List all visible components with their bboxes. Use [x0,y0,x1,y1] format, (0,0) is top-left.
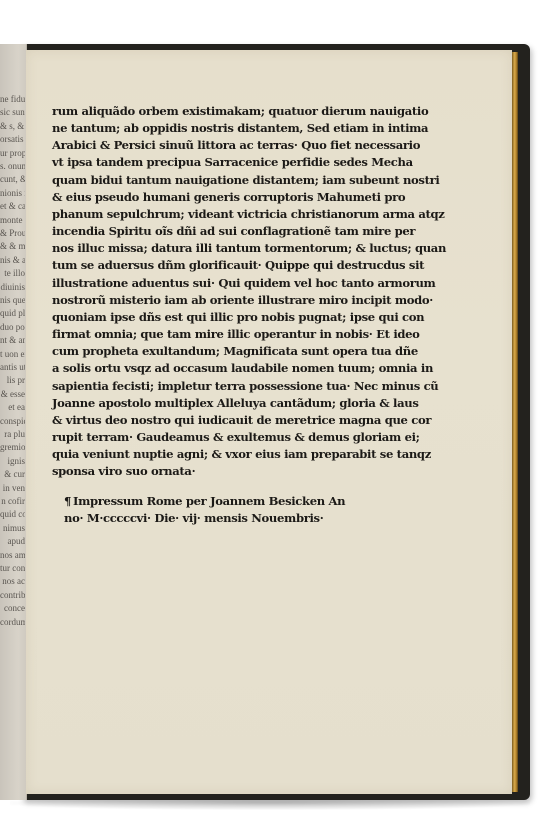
facing-page-text-fragment: ne fidum [0,94,25,105]
facing-page-text-fragment: & esse [0,389,25,400]
facing-page-text-fragment: nt & ani [0,335,25,346]
colophon: ¶Impressum Rome per Joannem Besicken An … [64,493,384,527]
colophon-line: no· M·cccccvi· Die· vij· mensis Nouembri… [64,510,384,527]
facing-page-text-fragment: contrib [0,590,25,601]
facing-page-text-fragment: tur con [0,563,25,574]
facing-page-text-fragment: s. onum [0,161,25,172]
facing-page-text-fragment: nis & ad [0,255,25,266]
facing-page-text-fragment: gremio [0,442,25,453]
facing-page-text-fragment: te illo [0,268,25,279]
facing-page-text-fragment: antis ut [0,362,25,373]
facing-page-text-fragment: nimus [0,523,25,534]
text-line: & eius pseudo humani generis corruptoris… [52,189,402,206]
facing-page-text-fragment: et ea [0,402,25,413]
colophon-text: Impressum Rome per Joannem Besicken An [73,494,345,508]
text-line: phanum sepulchrum; videant victricia chr… [52,206,402,223]
facing-page-text-fragment: in ven [0,483,25,494]
facing-page-text-fragment: diuinis [0,282,25,293]
facing-page-text-fragment: duo posit [0,322,25,333]
facing-page-text-fragment: ur propior [0,148,25,159]
facing-page-text-fragment: conspicu [0,416,25,427]
facing-page-text-fragment: ignis [0,456,25,467]
gilt-page-edge [512,52,518,792]
text-line: sapientia fecisti; impletur terra posses… [52,378,402,395]
text-line: firmat omnia; que tam mire illic operant… [52,326,402,343]
facing-page-text-fragment: lis pr [0,375,25,386]
text-line: nostrorũ misterio iam ab oriente illustr… [52,292,402,309]
facing-page-text-fragment: nionis ipse [0,188,25,199]
text-line: incendia Spiritu oĩs dñi ad sui conflagr… [52,223,402,240]
facing-page-text-fragment: sic sunt [0,107,25,118]
facing-page-text-fragment: cunt, & cui [0,174,25,185]
facing-page-text-fragment: ra plu [0,429,25,440]
text-line: cum propheta exultandum; Magnificata sun… [52,343,402,360]
text-line: sponsa viro suo ornata· [52,463,402,480]
facing-page-text-fragment: monte quo [0,215,25,226]
facing-page-text-fragment: orsatis cis [0,134,25,145]
text-line: tum se aduersus dñm glorificauit· Quippe… [52,257,402,274]
facing-page-text-fragment: nos ac [0,576,25,587]
text-line: rum aliquãdo orbem existimakam; quatuor … [52,103,402,120]
text-line: vt ipsa tandem precipua Sarracenice perf… [52,154,402,171]
facing-page-text-fragment: apud [0,536,25,547]
facing-page-text-fragment: nis que [0,295,25,306]
text-line: rupit terram· Gaudeamus & exultemus & de… [52,429,402,446]
facing-page-text-fragment: & s, & mo [0,121,25,132]
text-line: illustratione aduentus sui· Qui quidem v… [52,275,402,292]
colophon-line: ¶Impressum Rome per Joannem Besicken An [64,493,384,510]
facing-page-text-fragment: nos ame [0,550,25,561]
facing-page-text-fragment: et & cal [0,201,25,212]
text-line: & virtus deo nostro qui iudicauit de mer… [52,412,402,429]
text-line: a solis ortu vsqz ad occasum laudabile n… [52,360,402,377]
text-line: quia veniunt nuptie agni; & vxor eius ia… [52,446,402,463]
facing-page-text-fragment: & cur [0,469,25,480]
main-text-block: rum aliquãdo orbem existimakam; quatuor … [52,103,402,480]
facing-page-text-fragment: quid plus [0,308,25,319]
text-line: ne tantum; ab oppidis nostris distantem,… [52,120,402,137]
text-line: quam bidui tantum nauigatione distantem;… [52,172,402,189]
text-line: quoniam ipse dñs est qui illic pro nobis… [52,309,402,326]
facing-page-text-fragment: cordum [0,617,25,628]
text-line: Arabici & Persici sinuũ littora ac terra… [52,137,402,154]
text-line: Joanne apostolo multiplex Alleluya cantã… [52,395,402,412]
facing-page-fragment: ne fidumsic sunt& s, & moorsatis cisur p… [0,44,27,800]
facing-page-text-fragment: quid con [0,509,25,520]
facing-page-text-fragment: & & mo [0,241,25,252]
facing-page-text-fragment: & Prouncid [0,228,25,239]
text-line: nos illuc missa; datura illi tantum torm… [52,240,402,257]
pilcrow-mark: ¶ [64,494,71,508]
facing-page-text-fragment: n cofir [0,496,25,507]
facing-page-text-fragment: conce [0,603,25,614]
facing-page-text-fragment: t uon ex [0,349,25,360]
